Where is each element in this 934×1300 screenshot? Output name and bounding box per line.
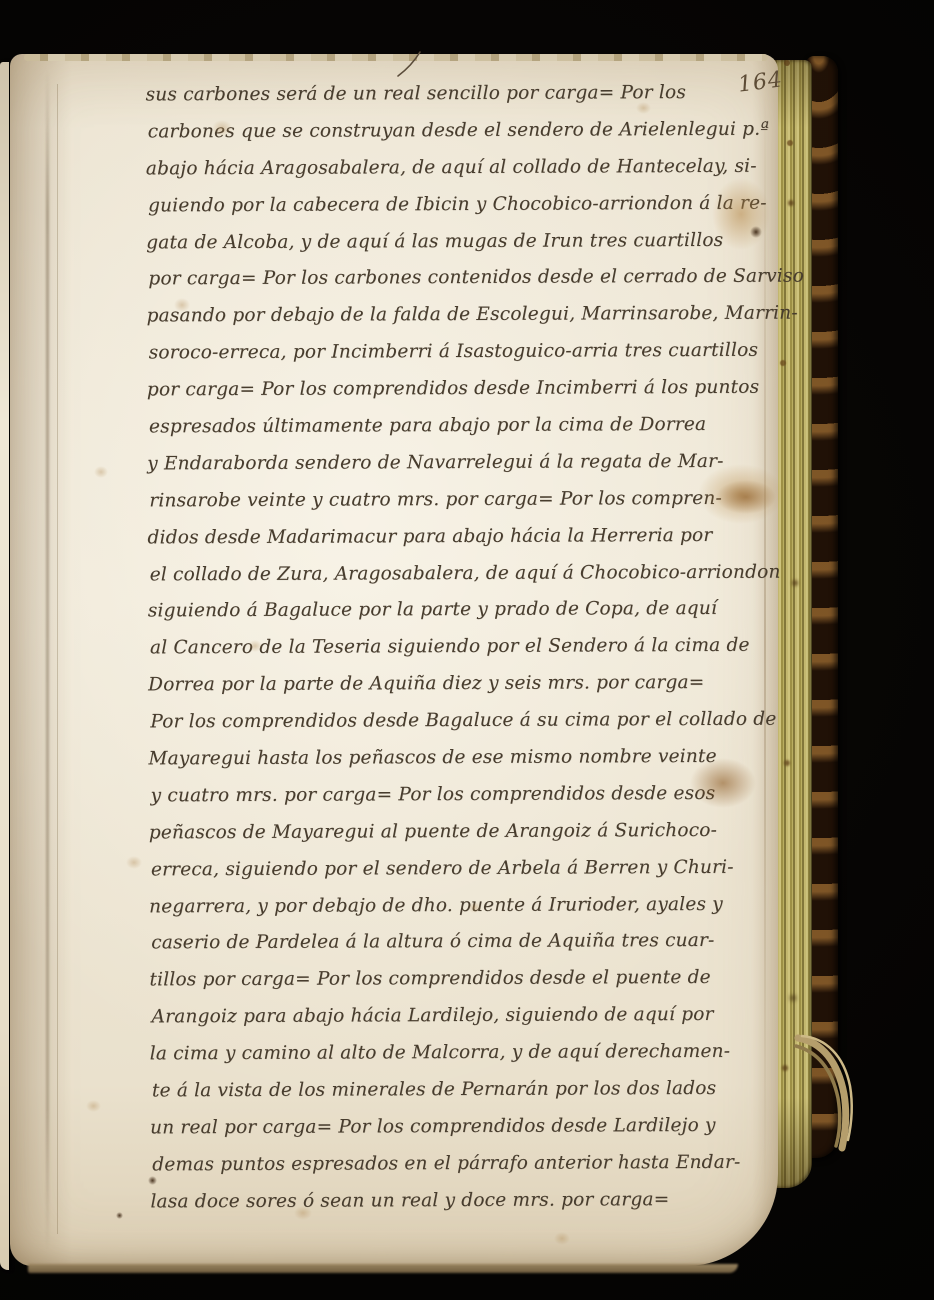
handwritten-line: Dorrea por la parte de Aquiña diez y sei… — [148, 665, 784, 705]
facing-page-edge — [0, 62, 9, 1270]
handwritten-line: al Cancero de la Teseria siguiendo por e… — [150, 628, 786, 668]
handwritten-line: guiendo por la cabecera de Ibicin y Choc… — [148, 185, 784, 225]
gutter-crease-fine — [57, 84, 58, 1234]
handwritten-line: espresados últimamente para abajo por la… — [149, 407, 785, 447]
foxing-spot — [554, 1232, 570, 1245]
handwritten-line: abajo hácia Aragosabalera, de aquí al co… — [146, 148, 782, 188]
foxing-spot — [86, 1100, 101, 1112]
handwritten-line: pasando por debajo de la falda de Escole… — [146, 296, 782, 336]
handwritten-line: un real por carga= Por los comprendidos … — [150, 1108, 786, 1148]
handwritten-line: soroco-erreca, por Incimberri á Isastogu… — [149, 333, 785, 373]
handwritten-line: Mayaregui hasta los peñascos de ese mism… — [148, 739, 784, 779]
handwritten-line: tillos por carga= Por los comprendidos d… — [149, 960, 785, 1000]
handwritten-line: negarrera, y por debajo de dho. puente á… — [149, 886, 785, 926]
handwritten-line: la cima y camino al alto de Malcorra, y … — [150, 1034, 786, 1074]
handwritten-line: sus carbones será de un real sencillo po… — [146, 75, 782, 115]
handwritten-line: demas puntos espresados en el párrafo an… — [152, 1144, 788, 1184]
manuscript-text: sus carbones será de un real sencillo po… — [146, 75, 787, 1221]
speck — [116, 1212, 123, 1219]
handwritten-line: siguiendo á Bagaluce por la parte y prad… — [148, 591, 784, 631]
handwritten-line: y cuatro mrs. por carga= Por los compren… — [151, 776, 787, 816]
foxing-spot — [94, 466, 108, 478]
gilt-edge-spots — [784, 60, 790, 66]
handwritten-line: gata de Alcoba, y de aquí á las mugas de… — [146, 222, 782, 262]
handwritten-line: el collado de Zura, Aragosabalera, de aq… — [150, 554, 786, 594]
handwritten-line: Por los comprendidos desde Bagaluce á su… — [150, 702, 786, 742]
handwritten-line: carbones que se construyan desde el send… — [148, 111, 784, 151]
handwritten-line: rinsarobe veinte y cuatro mrs. por carga… — [149, 480, 785, 520]
foxing-spot — [126, 856, 142, 869]
gutter-crease — [46, 70, 49, 1250]
handwritten-line: Arangoiz para abajo hácia Lardilejo, sig… — [152, 997, 788, 1037]
handwritten-line: caserio de Pardelea á la altura ó cima d… — [151, 923, 787, 963]
bookmark-tassel — [792, 1032, 870, 1154]
handwritten-line: te á la vista de los minerales de Pernar… — [152, 1071, 788, 1111]
handwritten-line: y Endaraborda sendero de Navarrelegui á … — [147, 444, 783, 484]
manuscript-page: 164 sus carbones será de un real sencill… — [10, 54, 778, 1266]
handwritten-line: lasa doce sores ó sean un real y doce mr… — [150, 1181, 786, 1221]
handwritten-line: por carga= Por los carbones contenidos d… — [148, 259, 784, 299]
manuscript-photo: 164 sus carbones será de un real sencill… — [0, 0, 934, 1300]
handwritten-line: erreca, siguiendo por el sendero de Arbe… — [151, 849, 787, 889]
handwritten-line: peñascos de Mayaregui al puente de Arang… — [149, 812, 785, 852]
handwritten-line: didos desde Madarimacur para abajo hácia… — [147, 517, 783, 557]
handwritten-line: por carga= Por los comprendidos desde In… — [147, 370, 783, 410]
